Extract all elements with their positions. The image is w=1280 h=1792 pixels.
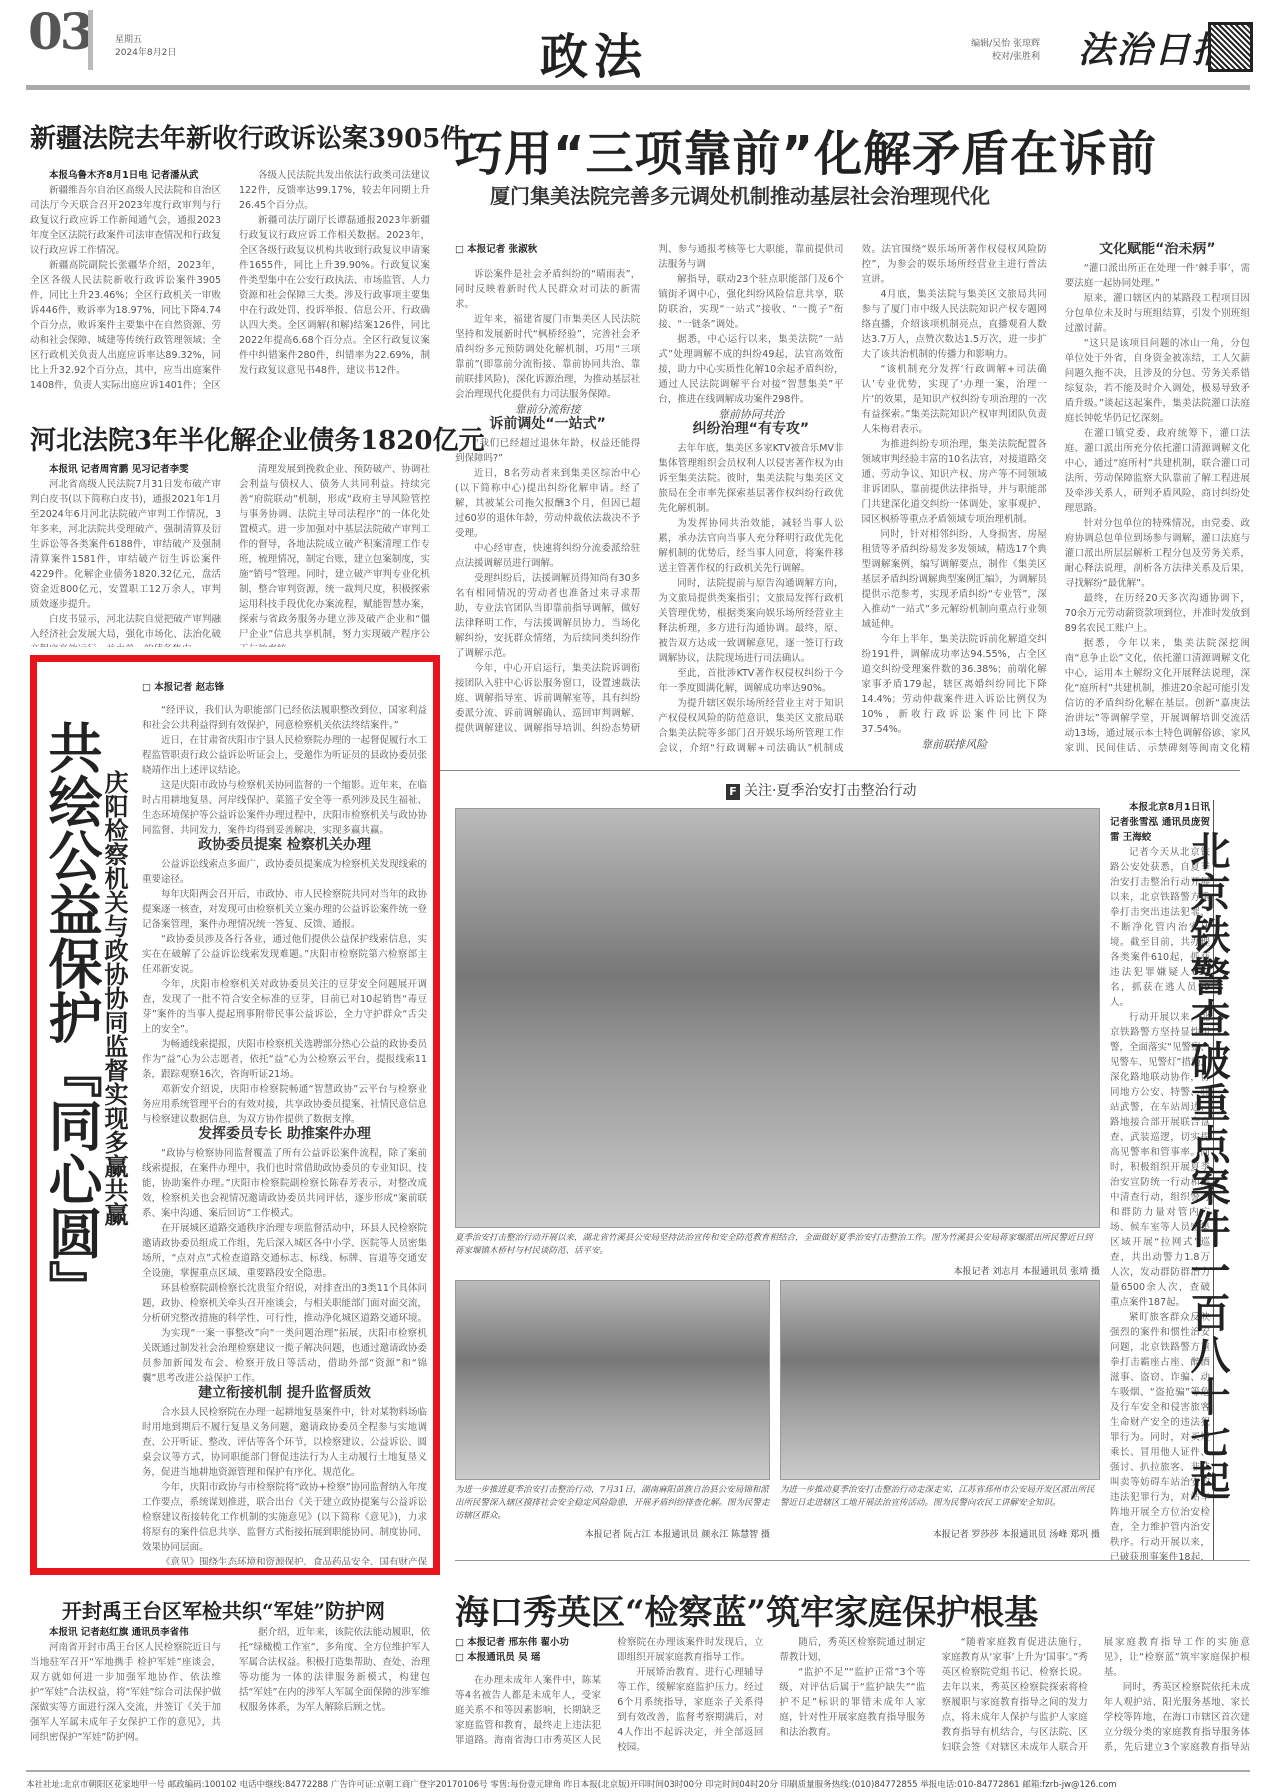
left-photo-credit: 本报记者 阮占江 本报通讯员 颜永江 陈慧智 摄 <box>455 1527 770 1540</box>
paragraph: 各级人民法院共发出依法行政类司法建议122件，反馈率达99.17%，较去年同期上… <box>239 168 430 213</box>
paragraph: 中心经审查，快速将纠纷分流委派给驻点法援调解员进行调解。 <box>455 541 640 571</box>
article-title-haikou: 海口秀英区“检察蓝”筑牢家庭保护根基 <box>455 1585 1038 1634</box>
byline: 本报记者 赵志锋 <box>154 682 224 693</box>
byline: 本报通讯员 吴 瑶 <box>467 1652 540 1663</box>
paragraph: 在灌口镇党委、政府统筹下，灌口法庭、灌口派出所充分依托灌口清源调解文化中心，通过… <box>1065 426 1250 516</box>
editor-credits: 编辑/吴怡 张琼辉 校对/张胜利 <box>930 38 1040 64</box>
main-photo-credit: 本报记者 刘志月 本报通讯员 张靖 摄 <box>455 1264 1100 1277</box>
reporter-box-icon: □ <box>142 682 154 693</box>
section-kicker: 靠前分流衔接 <box>455 402 640 417</box>
article-body-kaifeng: 本报讯 记者赵红旗 通讯员李省伟 河南省开封市禹王台区人民检察院近日与当地驻军召… <box>30 1625 430 1755</box>
paragraph: “该机制充分发挥‘行政调解+司法确认’专业优势，实现了‘办理一案，治理一片’的效… <box>862 362 1047 437</box>
issue-date: 星期五 2024年8月2日 <box>115 34 176 60</box>
article-body-hebei: 本报讯 记者周宵鹏 见习记者李雯 河北省高级人民法院7月31日发布破产审判白皮书… <box>30 462 430 647</box>
article-title-xinjiang: 新疆法院去年新收行政诉讼案3905件 <box>30 118 466 155</box>
paragraph: “我们已经超过退休年龄，权益还能得到保障吗?” <box>455 436 640 466</box>
section-rule <box>455 1560 1250 1561</box>
paragraph: 原来，灌口辖区内的某路段工程项目因分包单位未及时与班组结算，引发个别班组过激讨薪… <box>1065 291 1250 336</box>
paragraph: 近年来，福建省厦门市集美区人民法院坚持和发展新时代“枫桥经验”，完善社会矛盾纠纷… <box>455 312 640 402</box>
section-heading: 建立衔接机制 提升监督质效 <box>142 1386 427 1401</box>
paragraph: 河南省开封市禹王台区人民检察院近日与当地驻军召开“军地携手 检护军娃”座谈会，双… <box>30 1640 221 1745</box>
main-headline: 巧用“三项靠前”化解矛盾在诉前 <box>455 115 1157 184</box>
right-photo-credit: 本报记者 罗莎莎 本报通讯员 汤峰 郑巩 摄 <box>780 1527 1100 1540</box>
section-heading: 诉前调处“一站式” <box>455 417 640 432</box>
article-body-gongyi: □ 本报记者 赵志锋 “经评议，我们认为职能部门已经依法履职整改到位，国家利益和… <box>142 680 427 1565</box>
paragraph: “经评议，我们认为职能部门已经依法履职整改到位，国家利益和社会公共利益得到有效保… <box>142 703 427 733</box>
main-subheadline: 厦门集美法院完善多元调处机制推动基层社会治理现代化 <box>490 180 990 209</box>
paragraph: 同时，针对相邻纠纷、人身损害、房屋租赁等矛盾纠纷易发多发领域，精选17个典型调解… <box>862 527 1047 632</box>
footer-info: 本社社址:北京市朝阳区花家地甲一号 邮政编码:100102 电话中继线:8477… <box>26 1770 1250 1790</box>
paragraph: 新疆高院副院长张疆华介绍，2023年，全区各级人民法院新收行政诉讼案件3905件… <box>30 258 221 393</box>
paragraph: 清理发展到挽救企业、预防破产、协调社会利益与债权人、债务人共同利益。持续完善“府… <box>239 462 430 647</box>
photo-construction-site[interactable] <box>780 1280 1100 1480</box>
paragraph: 随后，秀英区检察院通过制定帮教计划、 <box>779 1635 925 1665</box>
paragraph: 新疆司法厅副厅长谭磊通报2023年新疆行政复议行政应诉工作相关数据。2023年，… <box>239 213 430 378</box>
weekday: 星期五 <box>115 34 176 47</box>
left-photo-caption: 为进一步推进夏季治安打击整治行动，7月31日，湖南麻阳苗族自治县公安局锦和派出所… <box>455 1484 770 1523</box>
paragraph: 至此，首批涉KTV著作权侵权纠纷于今年一季度圆满化解，调解成功率达90%。 <box>658 666 843 696</box>
proofreader: 校对/张胜利 <box>930 51 1040 64</box>
article-title-gongyi: 共绘公益保护『同心圆』 <box>42 720 102 1314</box>
editors: 编辑/吴怡 张琼辉 <box>930 38 1040 51</box>
paragraph: 去年年底，集美区多家KTV被音乐MV非集体管理组织会员权利人以侵害著作权为由诉至… <box>658 441 843 516</box>
main-photo-caption: 夏季治安打击整治行动开展以来，湖北省竹溪县公安局坚持法治宣传和安全防范教育相结合… <box>455 1232 1100 1258</box>
paragraph: “这只是该项目问题的冰山一角，分包单位处于外省，自身资金被冻结，工人欠薪问题久拖… <box>1065 336 1250 426</box>
paragraph: 诉讼案件是社会矛盾纠纷的“晴雨表”，同时反映着新时代人民群众对司法的新需求。 <box>455 267 640 312</box>
article-body-haikou: □ 本报记者 邢东伟 翟小功 □ 本报通讯员 吴 瑶 在办理未成年人案件中，陈某… <box>455 1635 1250 1760</box>
section-heading: 发挥委员专长 助推案件办理 <box>142 1127 427 1142</box>
focus-label-text: 关注·夏季治安打击整治行动 <box>744 783 916 799</box>
paragraph: 今年上半年，集美法院诉前化解道交纠纷191件，调解成功率达94.55%，占全区道… <box>862 632 1047 737</box>
paragraph: “政协与检察协同监督覆盖了所有公益诉讼案件流程，除了案前线索提报，在案件办理中，… <box>142 1146 427 1221</box>
article-title-kaifeng: 开封禹王台区军检共织“军娃”防护网 <box>62 1595 385 1624</box>
paragraph: 这是庆阳市政协与检察机关协同监督的一个缩影。近年来，在临时占用耕地复垦、河岸线保… <box>142 778 427 838</box>
paragraph: 合水县人民检察院在办理一起耕地复垦案件中，针对某物料场临时用地到期后不履行复垦义… <box>142 1405 427 1480</box>
section-kicker: 靠前联排风险 <box>862 737 1047 752</box>
paragraph: 每年庆阳两会召开后，市政协、市人民检察院共同对当年的政协提案逐一核查，对发现可由… <box>142 887 427 932</box>
paragraph: 开展矫治教育、进行心理辅导等工作，缓解家庭监护压力。经过6个月系统指导，家庭亲子… <box>617 1665 763 1755</box>
section-heading: 政协委员提案 检察机关办理 <box>142 838 427 853</box>
header-divider <box>88 10 93 70</box>
byline: 本报讯 记者周宵鹏 见习记者李雯 <box>49 464 189 475</box>
paragraph: 今年，庆阳市检察机关对政协委员关注的豆芽安全问题展开调查，发现了一批不符合安全标… <box>142 977 427 1037</box>
paragraph: 4月底，集美法院与集美区文旅局共同参与了厦门市中级人民法院知识产权专题网络直播，… <box>862 287 1047 362</box>
byline: 本报记者 张淑秋 <box>467 244 537 255</box>
article-body-xinjiang: 本报乌鲁木齐8月1日电 记者潘从武 新疆维吾尔自治区高级人民法院和自治区司法厅今… <box>30 168 430 388</box>
paragraph: “政协委员涉及各行各业，通过他们提供公益保护线索信息，实实在在破解了公益诉讼线索… <box>142 932 427 977</box>
paragraph: 《意见》围绕生态环境和资源保护、食品药品安全、国有财产保护、国有土地使用权出让、… <box>142 1555 427 1565</box>
paragraph: 河北省高级人民法院7月31日发布破产审判白皮书(以下简称白皮书)，通报2021年… <box>30 477 221 612</box>
paragraph: 为推进纠纷专项治理，集美法院配置各领域审判经验丰富的10名法官，对接道路交通、劳… <box>862 437 1047 527</box>
paragraph: 据悉，中心运行以来，集美法院“一站式”处理调解不成的纠纷49起，法官高效衔接，助… <box>658 332 843 407</box>
paragraph: “监护不足”“监护正常”3个等级，对评估后属于“监护缺失”“监护不足”标识的罪错… <box>779 1665 925 1740</box>
paragraph: 受理纠纷后，法援调解员得知尚有30多名有相同情况的劳动者也准备过来寻求帮助，专业… <box>455 571 640 661</box>
byline: 本报记者 邢东伟 翟小功 <box>467 1637 569 1648</box>
section-heading: 纠纷治理“有专攻” <box>658 422 843 437</box>
paragraph: 为畅通线索提报，庆阳市检察机关选聘部分热心公益的政协委员作为“益”心为公志愿者，… <box>142 1037 427 1082</box>
photo-police-visit[interactable] <box>455 1280 770 1480</box>
reporter-box-icon: □ <box>455 1652 467 1663</box>
f-logo-icon: F <box>726 784 740 800</box>
paragraph: 据介绍，近年来，该院依法能动履职，依托“绿橄榄工作室”，多角度、全方位维护军人军… <box>239 1625 430 1715</box>
paragraph: 今年，庆阳市政协与市检察院将“政协+检察”协同监督纳入年度工作要点，系统谋划推进… <box>142 1480 427 1555</box>
paragraph: 环县检察院副检察长沈贵玺介绍说，对排查出的3类11个具体问题，政协、检察机关牵头… <box>142 1281 427 1326</box>
paragraph: “灌口派出所正在处理一件‘棘手事’，需要法庭一起协同处理。” <box>1065 261 1250 291</box>
qr-code-icon[interactable] <box>1208 22 1253 72</box>
byline: 本报乌鲁木齐8月1日电 记者潘从武 <box>49 170 199 181</box>
article-title-hebei: 河北法院3年半化解企业债务1820亿元 <box>30 420 484 457</box>
paragraph: 近日，在甘肃省庆阳市宁县人民检察院办理的一起督促履行水工程监管职责行政公益诉讼听… <box>142 733 427 778</box>
section-heading: 文化赋能“治未病” <box>1065 242 1250 257</box>
reporter-box-icon: □ <box>455 244 467 255</box>
paragraph: 解指导，联动23个驻点职能部门及6个镇街矛调中心，强化纠纷风险信息共享，联防联治… <box>658 272 843 332</box>
paragraph: 最终，在历经20天多次沟通协调下，70余万元劳动薪资款项到位，并准时发放到89名… <box>1065 591 1250 636</box>
paragraph: 为实现“一案一事整改”向“一类问题治理”拓展，庆阳市检察机关既通过制发社会治理检… <box>142 1326 427 1386</box>
header-rule <box>26 85 1250 90</box>
paragraph: 公益诉讼线索点多面广，政协委员提案成为检察机关发现线索的重要途径。 <box>142 857 427 887</box>
main-photo-village-meeting[interactable] <box>455 808 1100 1228</box>
paragraph: 近日，8名劳动者来到集美区综治中心(以下简称中心)提出纠纷化解申请。经了解，其被… <box>455 466 640 541</box>
page-number: 03 <box>28 2 92 61</box>
article-body-main: □ 本报记者 张淑秋 诉讼案件是社会矛盾纠纷的“晴雨表”，同时反映着新时代人民群… <box>455 242 1250 757</box>
paragraph: 为发挥协同共治效能，减轻当事人讼累，承办法官向当事人充分释明行政优先化解机制的优… <box>658 516 843 576</box>
paragraph: 针对分包单位的特殊情况，由党委、政府协调总包单位到场参与调解，灌口法庭与灌口派出… <box>1065 516 1250 591</box>
paragraph: 白皮书显示，河北法院自觉把破产审判融入经济社会发展大局，强化市场化、法治化破产程… <box>30 612 221 647</box>
paragraph: 新疆维吾尔自治区高级人民法院和自治区司法厅今天联合召开2023年度行政审判与行政… <box>30 183 221 258</box>
paragraph: 邓新安介绍说，庆阳市检察院畅通“智慧政协”云平台与检察业务应用系统管理平台的有效… <box>142 1082 427 1127</box>
date: 2024年8月2日 <box>115 47 176 60</box>
section-title: 政法 <box>540 18 648 87</box>
article-subtitle-gongyi: 庆阳检察机关与政协协同监督实现多赢共赢 <box>100 770 128 1226</box>
paragraph: 同时，法院提前与原告沟通调解方向，为文旅局提供类案指引；文旅局发挥行政机关管理优… <box>658 576 843 666</box>
paragraph: 在开展城区道路交通秩序治理专项监督活动中，环县人民检察院邀请政协委员组成工作组，… <box>142 1221 427 1281</box>
right-photo-caption: 为进一步推动夏季治安打击整治行动走深走实，江苏省邳州市公安局开发区派出所民警近日… <box>780 1484 1100 1510</box>
focus-section-rule <box>440 770 1240 771</box>
reporter-box-icon: □ <box>455 1637 467 1648</box>
article-title-beijing: 北京铁警查破重点案件一百八十七起 <box>1185 830 1229 1502</box>
section-kicker: 靠前协同共治 <box>658 407 843 422</box>
focus-section-label: F关注·夏季治安打击整治行动 <box>720 780 922 800</box>
byline: 本报讯 记者赵红旗 通讯员李省伟 <box>49 1627 189 1638</box>
